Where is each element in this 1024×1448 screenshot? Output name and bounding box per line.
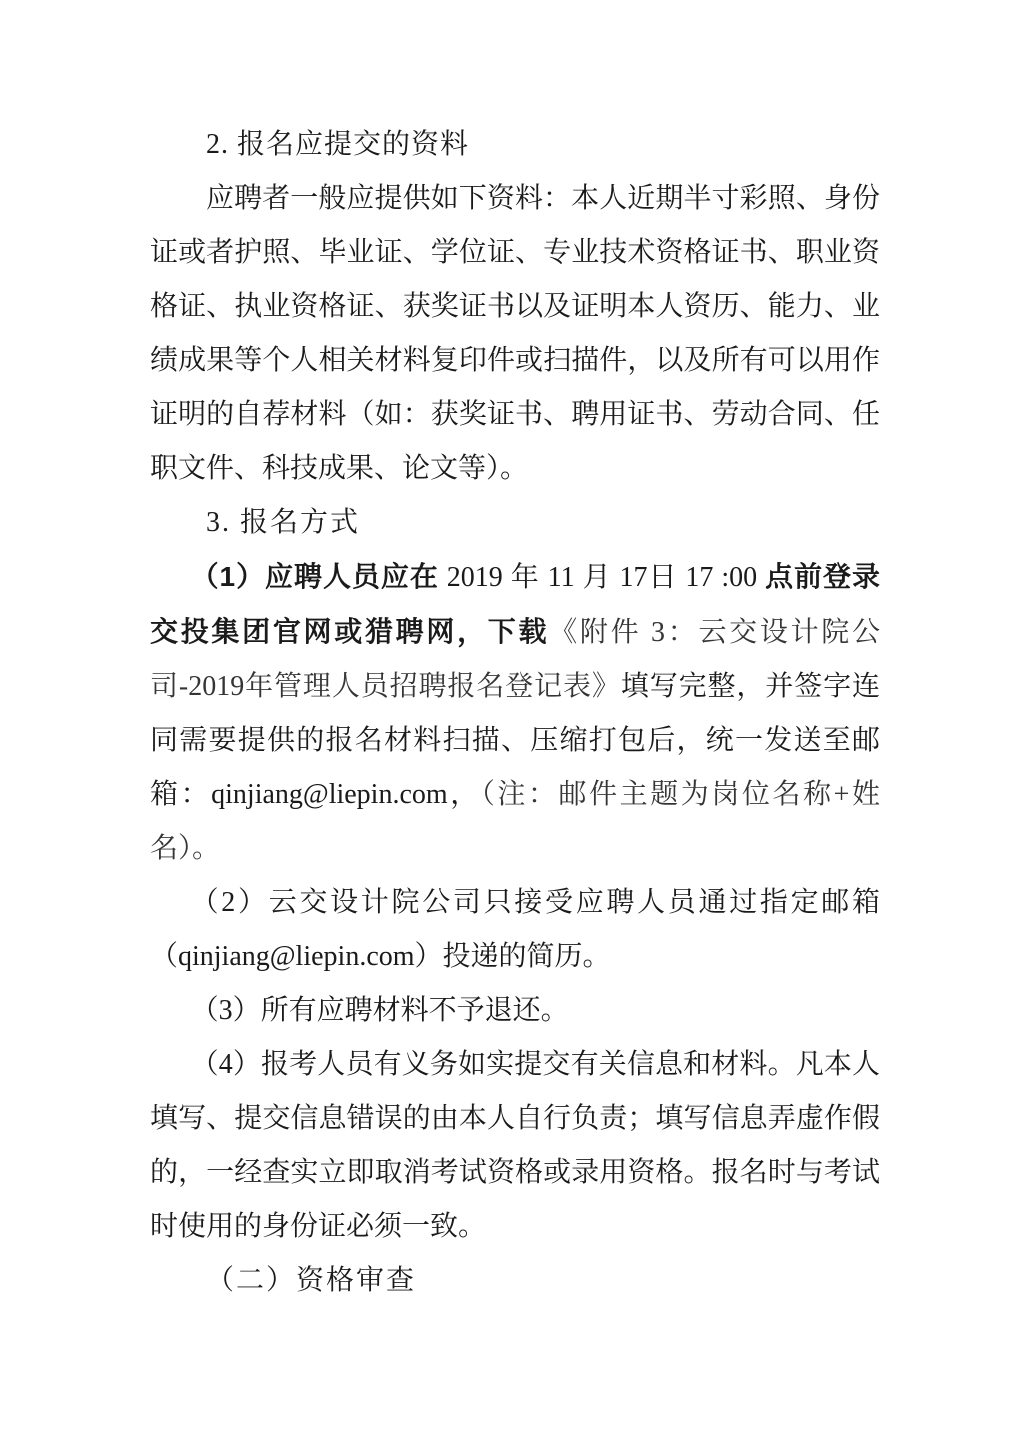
heading-qualification-review-run-0: （二）资格审查 <box>206 1265 416 1296</box>
para-apply-method-2-run-0: （2）云交设计院公司只接受应聘人员通过指定邮箱（qinjiang@liepin.… <box>150 887 880 972</box>
para-apply-method-1: （1）应聘人员应在 2019 年 11 月 17日 17 :00 点前登录交投集… <box>150 550 880 876</box>
heading-qualification-review: （二）资格审查 <box>150 1254 880 1308</box>
para-apply-method-1-run-1: 2019 年 11 月 17日 17 :00 <box>439 562 765 593</box>
document-body: 2. 报名应提交的资料应聘者一般应提供如下资料：本人近期半寸彩照、身份证或者护照… <box>150 118 880 1308</box>
heading-section-3: 3. 报名方式 <box>150 496 880 550</box>
para-apply-method-2: （2）云交设计院公司只接受应聘人员通过指定邮箱（qinjiang@liepin.… <box>150 876 880 984</box>
para-apply-method-3: （3）所有应聘材料不予退还。 <box>150 984 880 1038</box>
para-apply-method-4-run-0: （4）报考人员有义务如实提交有关信息和材料。凡本人填写、提交信息错误的由本人自行… <box>150 1049 880 1242</box>
para-required-materials-run-0: 应聘者一般应提供如下资料：本人近期半寸彩照、身份证或者护照、毕业证、学位证、专业… <box>150 183 880 484</box>
para-apply-method-1-run-0: （1）应聘人员应在 <box>191 561 439 592</box>
heading-section-3-run-0: 3. 报名方式 <box>206 507 360 538</box>
heading-section-2-run-0: 2. 报名应提交的资料 <box>206 129 469 160</box>
para-apply-method-4: （4）报考人员有义务如实提交有关信息和材料。凡本人填写、提交信息错误的由本人自行… <box>150 1038 880 1254</box>
para-required-materials: 应聘者一般应提供如下资料：本人近期半寸彩照、身份证或者护照、毕业证、学位证、专业… <box>150 172 880 496</box>
para-apply-method-3-run-0: （3）所有应聘材料不予退还。 <box>191 995 569 1026</box>
document-page: 2. 报名应提交的资料应聘者一般应提供如下资料：本人近期半寸彩照、身份证或者护照… <box>0 0 1024 1448</box>
heading-section-2: 2. 报名应提交的资料 <box>150 118 880 172</box>
